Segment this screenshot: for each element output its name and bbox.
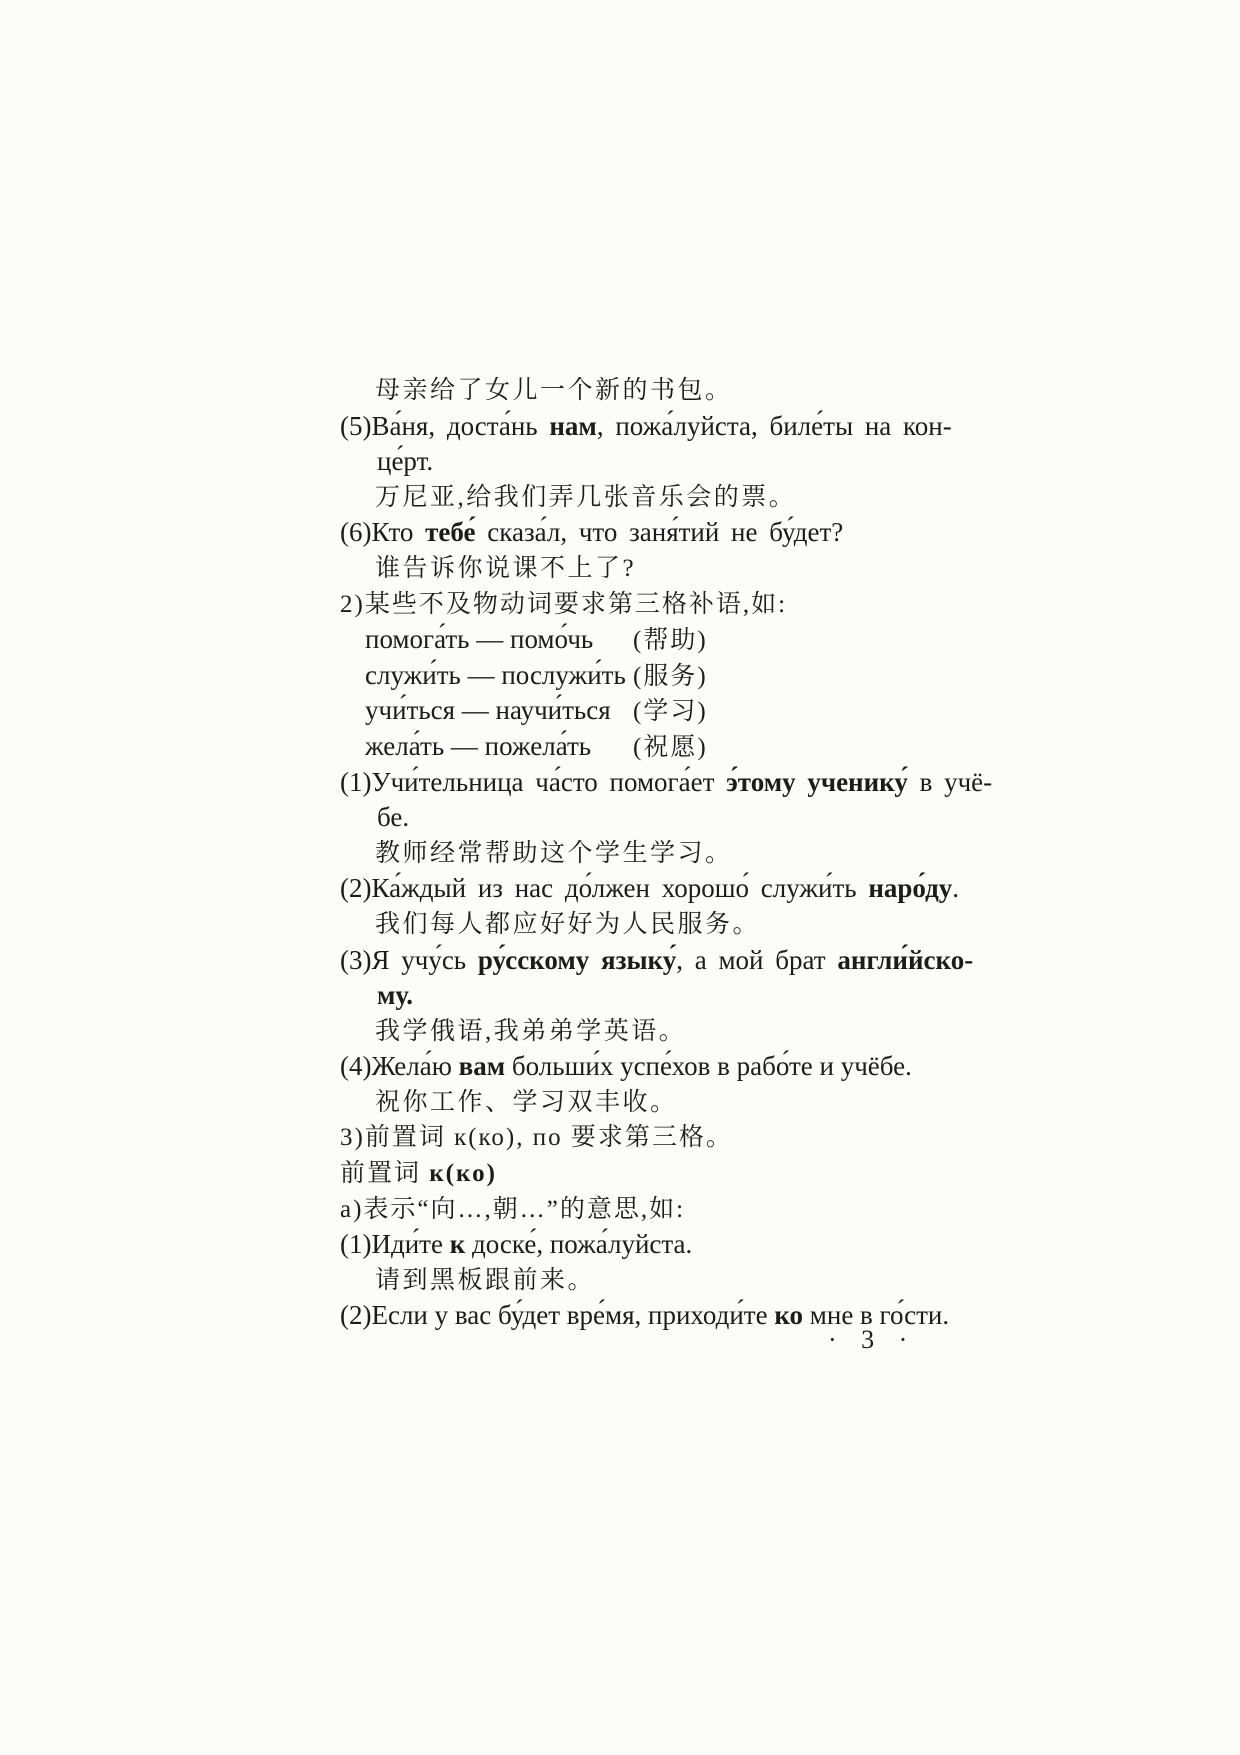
text-line: це́рт. bbox=[377, 444, 980, 480]
vocab-pair: учи́ться — научи́ться bbox=[365, 693, 633, 729]
bold-text-segment: му. bbox=[377, 980, 413, 1010]
text-line: 祝你工作、学习双丰收。 bbox=[375, 1085, 980, 1121]
text-line: (1)Учи́тельница ча́сто помога́ет э́тому … bbox=[340, 765, 980, 801]
text-segment: (2)Ка́ждый из нас до́лжен хорошо́ служи́… bbox=[340, 873, 868, 903]
text-line: 请到黑板跟前来。 bbox=[375, 1263, 980, 1299]
bold-text-segment: ко bbox=[774, 1300, 803, 1330]
bold-text-segment: наро́ду bbox=[868, 873, 952, 903]
text-segment: 祝你工作、学习双丰收。 bbox=[375, 1089, 678, 1116]
page-number: · 3 · bbox=[828, 1325, 909, 1355]
text-segment: бе. bbox=[377, 802, 409, 832]
text-line: помога́ть — помо́чь(帮助) bbox=[365, 622, 980, 658]
text-line: 3)前置词 к(ко), по 要求第三格。 bbox=[340, 1120, 980, 1156]
text-line: 教师经常帮助这个学生学习。 bbox=[375, 836, 980, 872]
text-segment: 我们每人都应好好为人民服务。 bbox=[375, 911, 760, 938]
text-segment: в учё- bbox=[908, 767, 992, 797]
text-segment: 教师经常帮助这个学生学习。 bbox=[375, 840, 733, 867]
text-segment: (4)Жела́ю bbox=[340, 1051, 459, 1081]
vocab-pair: служи́ть — послужи́ть bbox=[365, 658, 633, 694]
text-block: 母亲给了女儿一个新的书包。(5)Ва́ня, доста́нь нам, пож… bbox=[340, 373, 980, 1334]
text-line: (2)Ка́ждый из нас до́лжен хорошо́ служи́… bbox=[340, 871, 980, 907]
text-line: 万尼亚,给我们弄几张音乐会的票。 bbox=[375, 480, 980, 516]
vocab-pair: жела́ть — пожела́ть bbox=[365, 729, 633, 765]
book-page: 母亲给了女儿一个新的书包。(5)Ва́ня, доста́нь нам, пож… bbox=[0, 0, 1240, 1755]
text-line: 我学俄语,我弟弟学英语。 bbox=[375, 1014, 980, 1050]
text-line: 2)某些不及物动词要求第三格补语,如: bbox=[340, 587, 980, 623]
text-segment: a)表示“向…,朝…”的意思,如: bbox=[340, 1196, 685, 1223]
text-line: (6)Кто тебе́ сказа́л, что заня́тий не бу… bbox=[340, 515, 980, 551]
bold-text-segment: вам bbox=[459, 1051, 505, 1081]
text-segment: , пожа́луйста, биле́ты на кон- bbox=[597, 411, 952, 441]
vocab-gloss: (学习) bbox=[633, 698, 708, 725]
bold-text-segment: нам bbox=[549, 411, 596, 441]
bold-text-segment: к bbox=[450, 1229, 466, 1259]
vocab-gloss: (祝愿) bbox=[633, 734, 708, 761]
bold-text-segment: англи́йско- bbox=[837, 945, 973, 975]
text-line: 前置词 к(ко) bbox=[340, 1156, 980, 1192]
text-line: (4)Жела́ю вам больши́х успе́хов в рабо́т… bbox=[340, 1049, 980, 1085]
text-segment: 我学俄语,我弟弟学英语。 bbox=[375, 1018, 686, 1045]
bold-text-segment: э́тому ученику́ bbox=[726, 767, 908, 797]
text-segment: (5)Ва́ня, доста́нь bbox=[340, 411, 549, 441]
text-line: a)表示“向…,朝…”的意思,如: bbox=[340, 1192, 980, 1228]
text-segment: (1)Учи́тельница ча́сто помога́ет bbox=[340, 767, 726, 797]
text-segment: сказа́л, что заня́тий не бу́дет? bbox=[476, 517, 844, 547]
text-segment: 母亲给了女儿一个新的书包。 bbox=[375, 377, 733, 404]
text-segment: (2)Если у вас бу́дет вре́мя, приходи́те bbox=[340, 1300, 774, 1330]
text-line: жела́ть — пожела́ть(祝愿) bbox=[365, 729, 980, 765]
text-segment: . bbox=[952, 873, 959, 903]
text-segment: , а мой брат bbox=[676, 945, 837, 975]
text-segment: (3)Я учу́сь bbox=[340, 945, 478, 975]
text-line: (1)Иди́те к доске́, пожа́луйста. bbox=[340, 1227, 980, 1263]
text-line: 我们每人都应好好为人民服务。 bbox=[375, 907, 980, 943]
vocab-gloss: (帮助) bbox=[633, 627, 708, 654]
text-segment: доске́, пожа́луйста. bbox=[465, 1229, 692, 1259]
text-line: учи́ться — научи́ться(学习) bbox=[365, 693, 980, 729]
text-segment: 前置词 bbox=[340, 1160, 429, 1187]
text-line: (3)Я учу́сь ру́сскому языку́, а мой брат… bbox=[340, 943, 980, 979]
text-segment: це́рт. bbox=[377, 446, 433, 476]
text-segment: (6)Кто bbox=[340, 517, 425, 547]
text-line: служи́ть — послужи́ть(服务) bbox=[365, 658, 980, 694]
bold-text-segment: ру́сскому языку́ bbox=[478, 945, 676, 975]
text-line: бе. bbox=[377, 800, 980, 836]
text-segment: 2)某些不及物动词要求第三格补语,如: bbox=[340, 591, 787, 618]
vocab-pair: помога́ть — помо́чь bbox=[365, 622, 633, 658]
text-segment: (1)Иди́те bbox=[340, 1229, 450, 1259]
text-line: му. bbox=[377, 978, 980, 1014]
text-segment: больши́х успе́хов в рабо́те и учёбе. bbox=[505, 1051, 912, 1081]
text-line: 母亲给了女儿一个新的书包。 bbox=[375, 373, 980, 409]
vocab-gloss: (服务) bbox=[633, 663, 708, 690]
text-line: (5)Ва́ня, доста́нь нам, пожа́луйста, бил… bbox=[340, 409, 980, 445]
bold-text-segment: к(ко) bbox=[429, 1160, 497, 1187]
bold-text-segment: тебе́ bbox=[425, 517, 475, 547]
text-line: 谁告诉你说课不上了? bbox=[375, 551, 980, 587]
text-segment: 3)前置词 к(ко), по 要求第三格。 bbox=[340, 1124, 733, 1151]
text-segment: 请到黑板跟前来。 bbox=[375, 1267, 595, 1294]
text-segment: 谁告诉你说课不上了? bbox=[375, 555, 636, 582]
text-segment: 万尼亚,给我们弄几张音乐会的票。 bbox=[375, 484, 796, 511]
